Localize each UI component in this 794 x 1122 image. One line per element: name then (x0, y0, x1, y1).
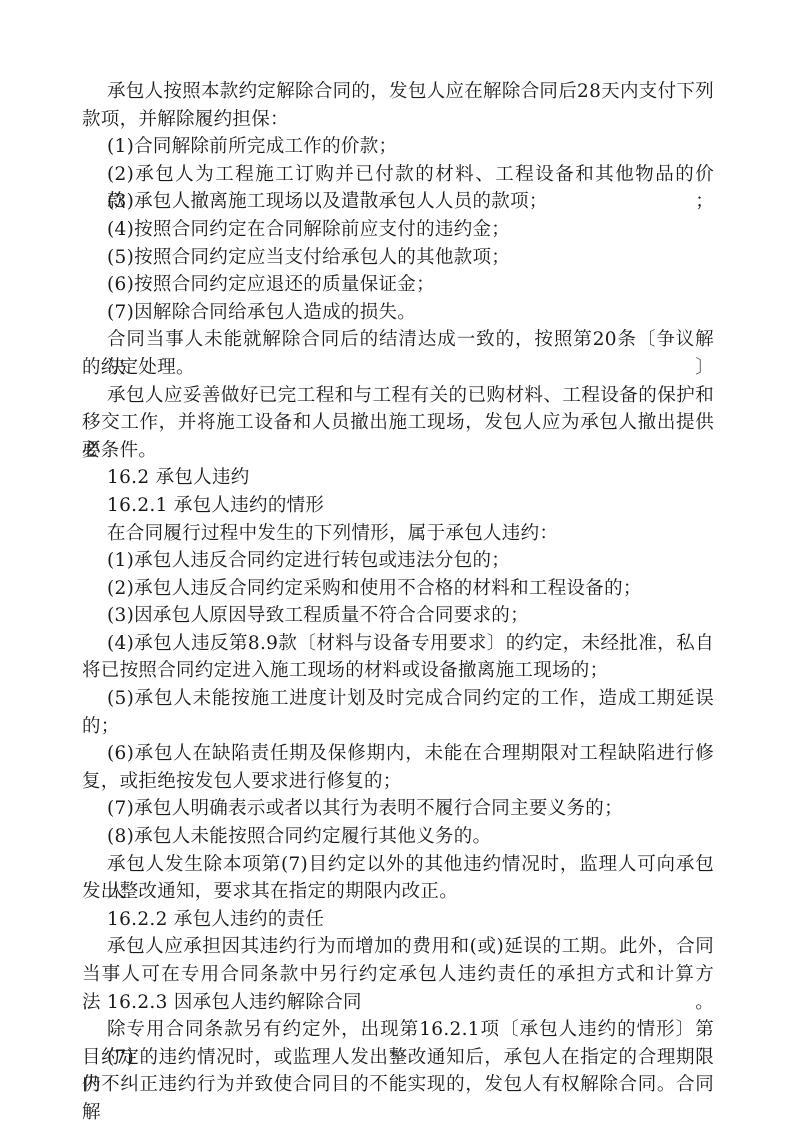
text-line: 款项，并解除履约担保： (82, 106, 714, 134)
text-line: 将已按照合同约定进入施工现场的材料或设备撤离施工现场的； (82, 657, 714, 685)
text-line: (2)承包人违反合同约定采购和使用不合格的材料和工程设备的； (82, 575, 714, 603)
text-line: 除专用合同条款另有约定外，出现第16.2.1项〔承包人违约的情形〕第(7) (82, 1016, 714, 1044)
text-line: (7)承包人明确表示或者以其行为表明不履行合同主要义务的； (82, 795, 714, 823)
text-line: (1)合同解除前所完成工作的价款； (82, 133, 714, 161)
text-line: 16.2.2 承包人违约的责任 (82, 906, 714, 934)
text-line: 发出整改通知，要求其在指定的期限内改正。 (82, 878, 714, 906)
text-line: (7)因解除合同给承包人造成的损失。 (82, 299, 714, 327)
document-page: 承包人按照本款约定解除合同的，发包人应在解除合同后28天内支付下列款项，并解除履… (0, 0, 794, 1122)
text-line: 在合同履行过程中发生的下列情形，属于承包人违约： (82, 520, 714, 548)
text-line: 当事人可在专用合同条款中另行约定承包人违约责任的承担方式和计算方法。 (82, 961, 714, 989)
document-body: 承包人按照本款约定解除合同的，发包人应在解除合同后28天内支付下列款项，并解除履… (82, 78, 714, 1099)
text-line: (2)承包人为工程施工订购并已付款的材料、工程设备和其他物品的价款； (82, 161, 714, 189)
page-number: 50 (0, 1048, 794, 1063)
text-line: 移交工作，并将施工设备和人员撤出施工现场，发包人应为承包人撤出提供必 (82, 409, 714, 437)
text-line: 16.2.1 承包人违约的情形 (82, 492, 714, 520)
text-line: 承包人应承担因其违约行为而增加的费用和(或)延误的工期。此外，合同 (82, 933, 714, 961)
text-line: 复，或拒绝按发包人要求进行修复的； (82, 768, 714, 796)
text-line: 承包人发生除本项第(7)目约定以外的其他违约情况时，监理人可向承包人 (82, 851, 714, 879)
text-line: (4)承包人违反第8.9款〔材料与设备专用要求〕的约定，未经批准，私自 (82, 630, 714, 658)
text-line: 16.2 承包人违约 (82, 464, 714, 492)
text-line: (4)按照合同约定在合同解除前应支付的违约金； (82, 216, 714, 244)
text-line: (3)因承包人原因导致工程质量不符合合同要求的； (82, 602, 714, 630)
text-line: (6)按照合同约定应退还的质量保证金； (82, 271, 714, 299)
text-line: 要条件。 (82, 437, 714, 465)
text-line: (1)承包人违反合同约定进行转包或违法分包的； (82, 547, 714, 575)
text-line: (6)承包人在缺陷责任期及保修期内，未能在合理期限对工程缺陷进行修 (82, 740, 714, 768)
text-line: 合同当事人未能就解除合同后的结清达成一致的，按照第20条〔争议解决〕 (82, 326, 714, 354)
text-line: (5)承包人未能按施工进度计划及时完成合同约定的工作，造成工期延误 (82, 685, 714, 713)
text-line: 承包人按照本款约定解除合同的，发包人应在解除合同后28天内支付下列 (82, 78, 714, 106)
text-line: (8)承包人未能按照合同约定履行其他义务的。 (82, 823, 714, 851)
text-line: 的； (82, 713, 714, 741)
text-line: 承包人应妥善做好已完工程和与工程有关的已购材料、工程设备的保护和 (82, 382, 714, 410)
text-line: (5)按照合同约定应当支付给承包人的其他款项； (82, 244, 714, 272)
text-line: 仍不纠正违约行为并致使合同目的不能实现的，发包人有权解除合同。合同解 (82, 1071, 714, 1099)
